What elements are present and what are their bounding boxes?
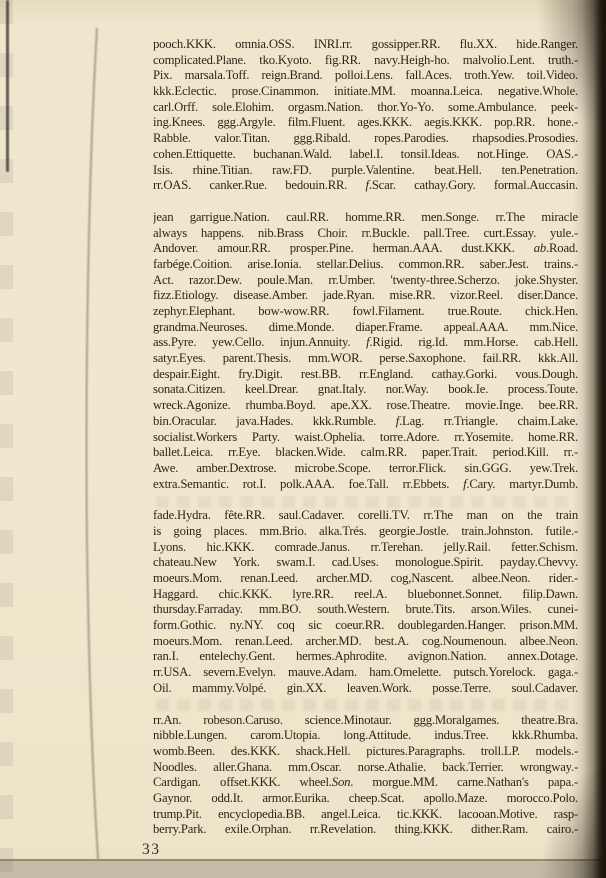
text-line: cohen.Ettiquette. buchanan.Wald. label.I… — [153, 147, 578, 163]
text-line: Pix. marsala.Toff. reign.Brand. polloi.L… — [153, 68, 578, 84]
text-line: complicated.Plane. tko.Kyoto. fig.RR. na… — [153, 53, 578, 69]
text-line: ing.Knees. ggg.Argyle. film.Fluent. ages… — [153, 115, 578, 131]
text-line: Lyons. hic.KKK. comrade.Janus. rr.Tereha… — [153, 540, 578, 556]
text-line: zephyr.Elephant. bow-wow.RR. fowl.Filame… — [153, 304, 578, 320]
text-line: grandma.Neuroses. dime.Monde. diaper.Fra… — [153, 320, 578, 336]
page-edge-shadow-right — [572, 0, 606, 878]
text-line: rr.USA. severn.Evelyn. mauve.Adam. ham.O… — [153, 665, 578, 681]
text-paragraph: jean garrigue.Nation. caul.RR. homme.RR.… — [153, 210, 578, 492]
text-line: ballet.Leica. rr.Eye. blacken.Wide. calm… — [153, 445, 578, 461]
text-line: bin.Oracular. java.Hades. kkk.Rumble. f.… — [153, 414, 578, 430]
text-line: kkk.Eclectic. prose.Cinammon. initiate.M… — [153, 84, 578, 100]
text-line: extra.Semantic. rot.I. polk.AAA. foe.Tal… — [153, 477, 578, 493]
page-corner-shadow-bottom-right — [542, 768, 606, 878]
text-line: ass.Pyre. yew.Cello. injun.Annuity. f.Ri… — [153, 335, 578, 351]
text-block: pooch.KKK. omnia.OSS. INRI.rr. gossipper… — [153, 37, 578, 854]
page-number: 33 — [142, 841, 161, 859]
book-page-scan: pooch.KKK. omnia.OSS. INRI.rr. gossipper… — [0, 0, 606, 878]
text-line: Isis. rhine.Titian. raw.FD. purple.Valen… — [153, 163, 578, 179]
page-corner-shadow-top-right — [536, 0, 606, 130]
text-line: Andover. amour.RR. prosper.Pine. herman.… — [153, 241, 578, 257]
text-line: fade.Hydra. fête.RR. saul.Cadaver. corel… — [153, 508, 578, 524]
text-line: socialist.Workers Party. waist.Ophelia. … — [153, 430, 578, 446]
text-paragraph: pooch.KKK. omnia.OSS. INRI.rr. gossipper… — [153, 37, 578, 194]
text-line: rr.An. robeson.Caruso. science.Minotaur.… — [153, 713, 578, 729]
text-line: womb.Been. des.KKK. shack.Hell. pictures… — [153, 744, 578, 760]
text-line: ran.I. entelechy.Gent. hermes.Aphrodite.… — [153, 649, 578, 665]
text-line: fizz.Etiology. disease.Amber. jade.Ryan.… — [153, 288, 578, 304]
text-line: Rabble. valor.Titan. ggg.Ribald. ropes.P… — [153, 131, 578, 147]
text-line: form.Gothic. ny.NY. coq sic coeur.RR. do… — [153, 618, 578, 634]
text-line: nibble.Lungen. carom.Utopia. long.Attitu… — [153, 728, 578, 744]
text-line: wreck.Agonize. rhumba.Boyd. ape.XX. rose… — [153, 398, 578, 414]
text-line: carl.Orff. sole.Elohim. orgasm.Nation. t… — [153, 100, 578, 116]
text-line: always happens. nib.Brass Choir. rr.Buck… — [153, 226, 578, 242]
text-line: jean garrigue.Nation. caul.RR. homme.RR.… — [153, 210, 578, 226]
text-line: is going places. mm.Brio. alka.Trés. geo… — [153, 524, 578, 540]
text-line: rr.OAS. canker.Rue. bedouin.RR. f.Scar. … — [153, 178, 578, 194]
text-line: Oil. mammy.Volpé. gin.XX. leaven.Work. p… — [153, 681, 578, 697]
left-edge-mark — [6, 0, 9, 172]
text-line: Act. razor.Dew. poule.Man. rr.Umber. 'tw… — [153, 273, 578, 289]
text-line: thursday.Farraday. mm.BO. south.Western.… — [153, 602, 578, 618]
text-line: Noodles. aller.Ghana. mm.Oscar. norse.At… — [153, 760, 578, 776]
text-line: moeurs.Mom. renan.Leed. archer.MD. best.… — [153, 634, 578, 650]
scan-bed-strip — [0, 859, 606, 878]
text-line: pooch.KKK. omnia.OSS. INRI.rr. gossipper… — [153, 37, 578, 53]
text-line: trump.Pit. encyclopedia.BB. angel.Leica.… — [153, 807, 578, 823]
text-line: Gaynor. odd.It. armor.Eurika. cheep.Scat… — [153, 791, 578, 807]
text-line: Haggard. chic.KKK. lyre.RR. reel.A. blue… — [153, 587, 578, 603]
text-line: moeurs.Mom. renan.Leed. archer.MD. cog,N… — [153, 571, 578, 587]
text-paragraph: rr.An. robeson.Caruso. science.Minotaur.… — [153, 713, 578, 839]
text-line: berry.Park. exile.Orphan. rr.Revelation.… — [153, 822, 578, 838]
text-paragraph: fade.Hydra. fête.RR. saul.Cadaver. corel… — [153, 508, 578, 696]
text-line: sonata.Citizen. keel.Drear. gnat.Italy. … — [153, 382, 578, 398]
text-line: Cardigan. offset.KKK. wheel.Son. morgue.… — [153, 775, 578, 791]
text-line: chateau.New York. swam.I. cad.Uses. mono… — [153, 555, 578, 571]
text-line: despair.Eight. fry.Digit. rest.BB. rr.En… — [153, 367, 578, 383]
text-line: satyr.Eyes. parent.Thesis. mm.WOR. perse… — [153, 351, 578, 367]
text-line: Awe. amber.Dextrose. microbe.Scope. terr… — [153, 461, 578, 477]
text-line: farbége.Coition. arise.Ionia. stellar.De… — [153, 257, 578, 273]
